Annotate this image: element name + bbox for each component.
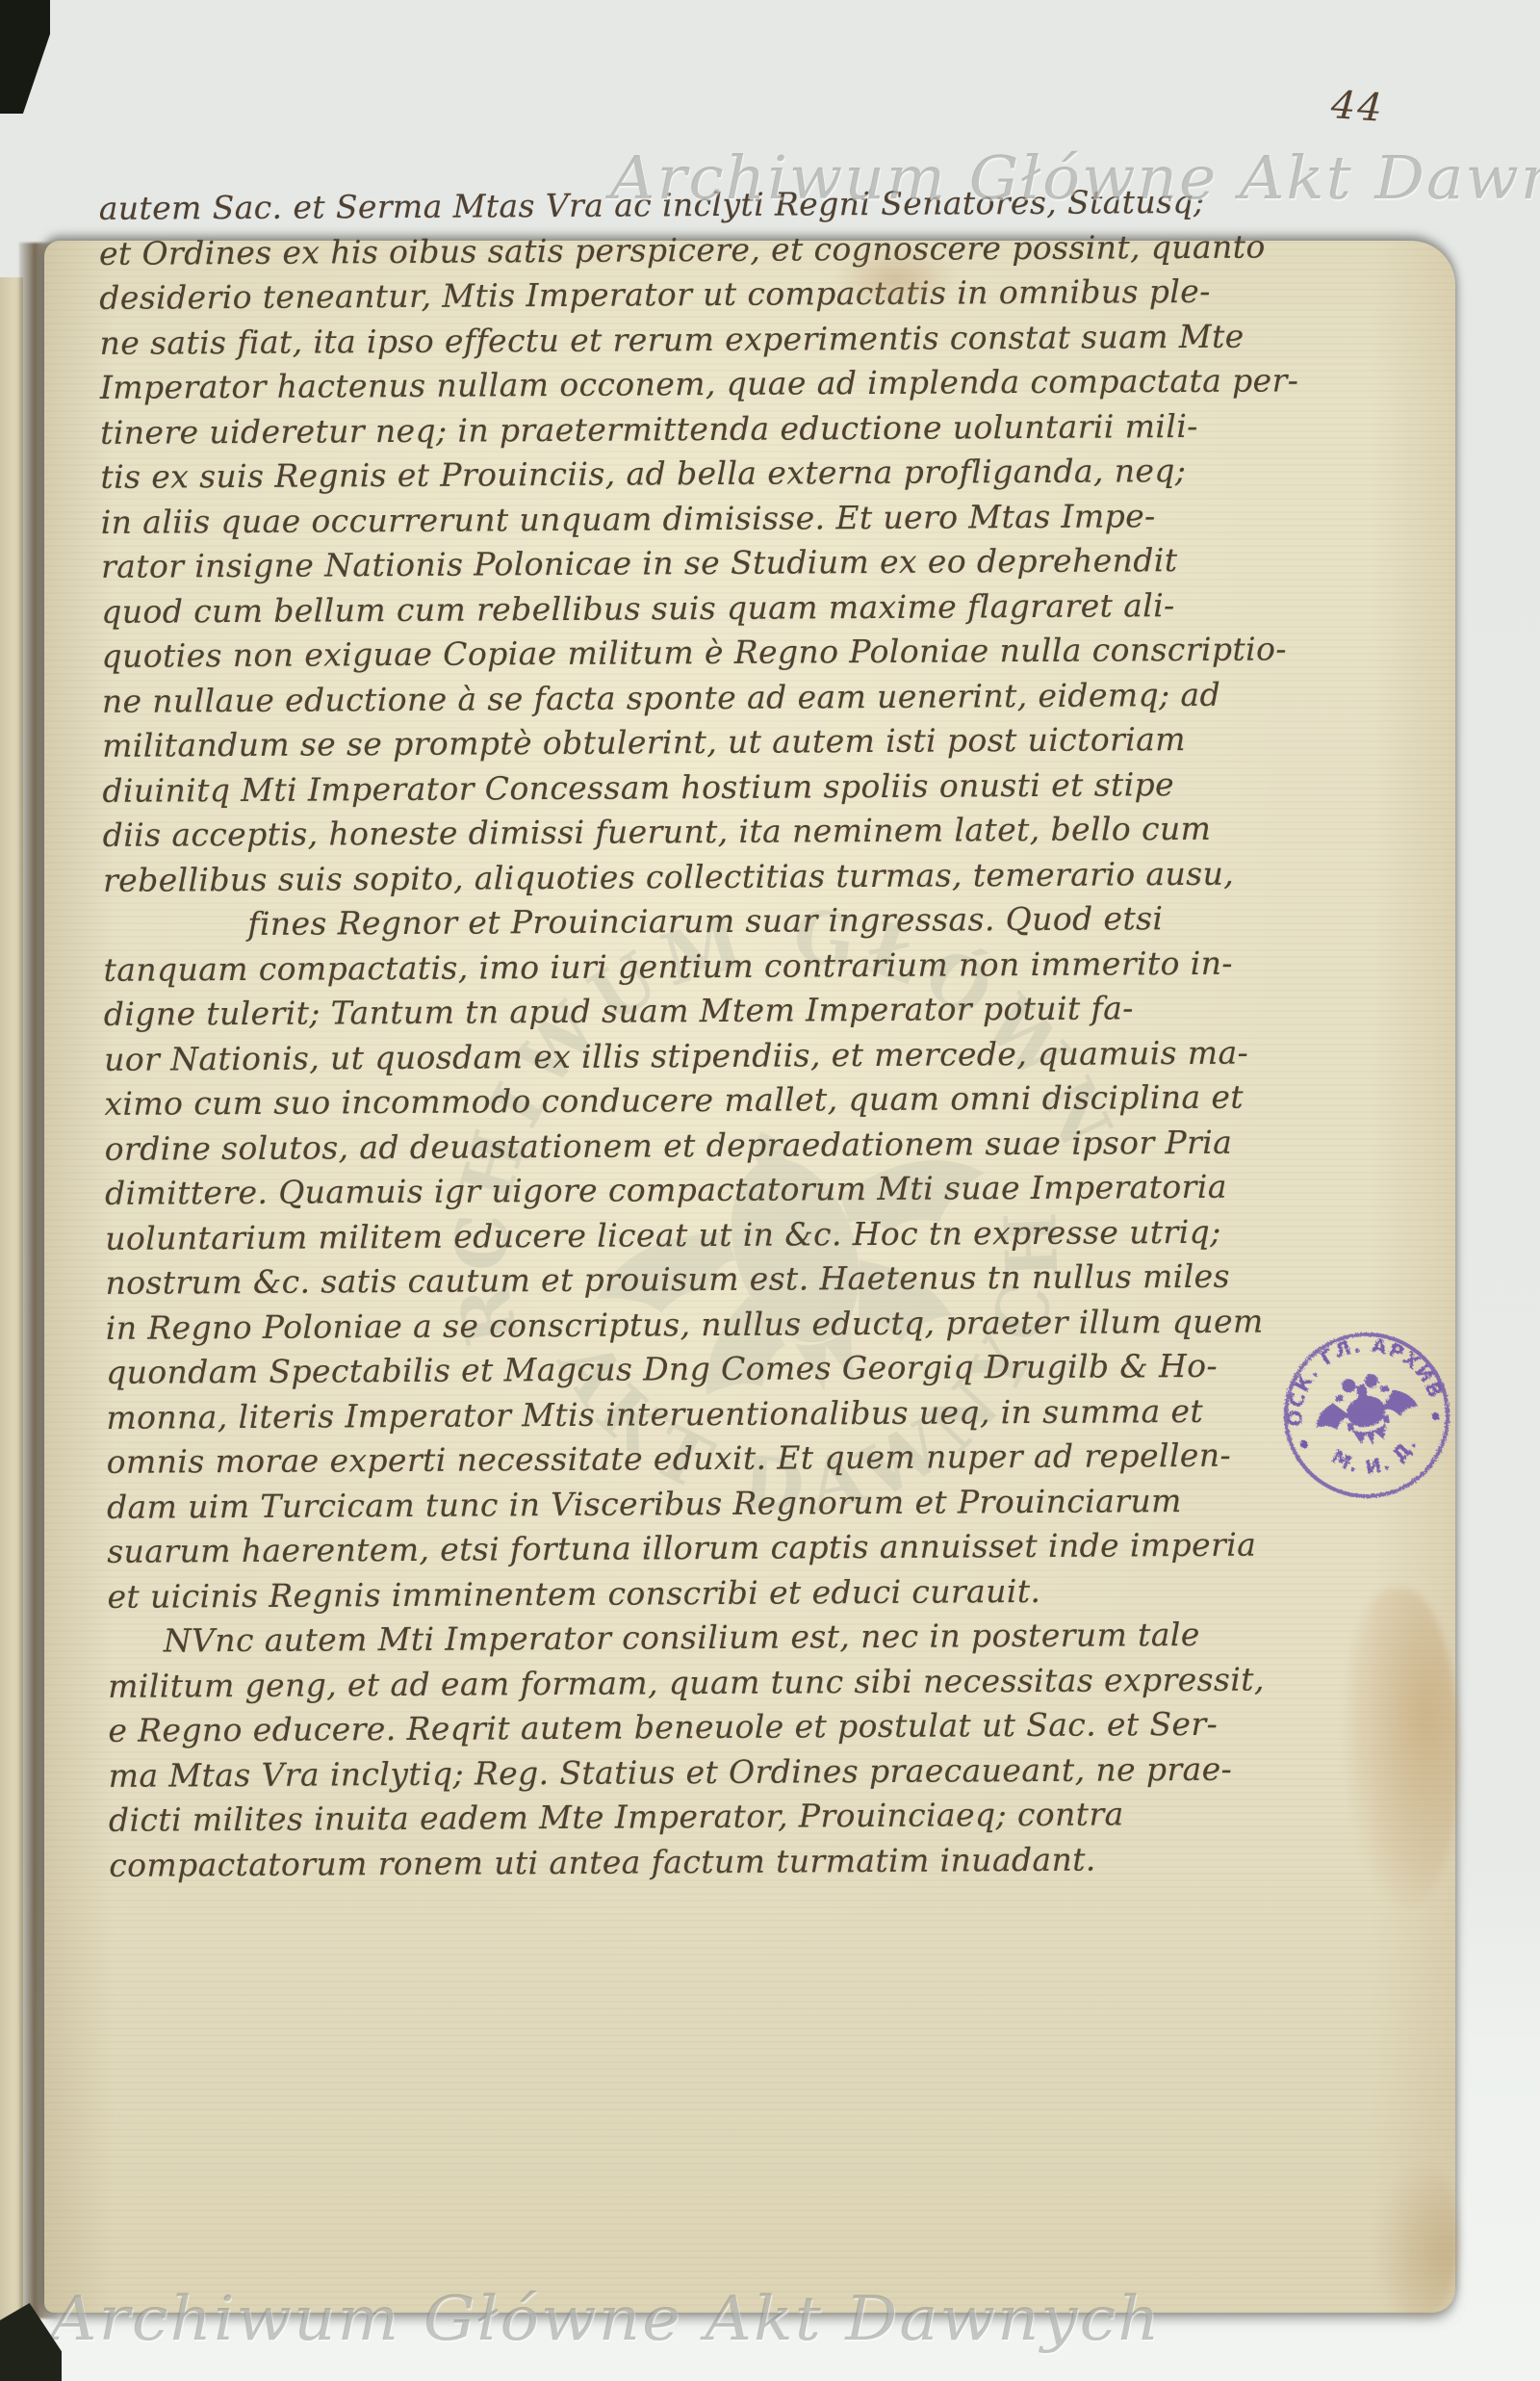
manuscript-line: Imperator hactenus nullam occonem, quae … <box>100 358 1322 410</box>
manuscript-line: militum geng, et ad eam formam, quam tun… <box>108 1657 1330 1709</box>
manuscript-line: e Regno educere. Reqrit autem beneuole e… <box>108 1701 1330 1753</box>
archive-watermark-top: Archiwum Główne Akt Dawnych <box>610 142 1540 213</box>
manuscript-line: uoluntarium militem educere liceat ut in… <box>105 1209 1327 1261</box>
archive-watermark-bottom: Archiwum Główne Akt Dawnych <box>50 2284 1162 2355</box>
manuscript-text-block: autem Sac. et Serma Mtas Vra ac inclyti … <box>99 179 1332 1888</box>
manuscript-line: quod cum bellum cum rebellibus suis quam… <box>101 582 1323 634</box>
manuscript-line: quoties non exiguae Copiae militum è Reg… <box>101 627 1323 679</box>
manuscript-line: ma Mtas Vra inclytiq; Reg. Statius et Or… <box>109 1747 1331 1799</box>
manuscript-line: in aliis quae occurrerunt unquam dimisis… <box>101 493 1323 545</box>
manuscript-line: monna, literis Imperator Mtis interuenti… <box>106 1388 1328 1440</box>
book-cover-corner <box>0 0 50 114</box>
manuscript-line: suarum haerentem, etsi fortuna illorum c… <box>107 1522 1329 1574</box>
manuscript-line: nostrum &c. satis cautum et prouisum est… <box>105 1254 1327 1306</box>
manuscript-line: quondam Spectabilis et Magcus Dng Comes … <box>106 1343 1328 1395</box>
manuscript-line: dam uim Turcicam tunc in Visceribus Regn… <box>107 1478 1329 1530</box>
manuscript-line: NVnc autem Mti Imperator consilium est, … <box>108 1612 1330 1664</box>
purple-stamp-bottom-text: М. И. Д. <box>1324 1428 1427 1488</box>
folio-number: 44 <box>1329 83 1385 131</box>
manuscript-line: compactatorum ronem uti antea factum tur… <box>109 1836 1331 1888</box>
manuscript-line: digne tulerit; Tantum tn apud suam Mtem … <box>104 985 1326 1037</box>
manuscript-scan: ARCHIWUM GŁÓWNE AKT DAWNYCH autem Sac. e… <box>0 0 1540 2381</box>
purple-archive-stamp: МОСК. ГЛ. АРХИВЪ М. И. Д. <box>1278 1327 1455 1504</box>
manuscript-line: dimittere. Quamuis igr uigore compactato… <box>105 1164 1327 1216</box>
manuscript-line: omnis morae experti necessitate eduxit. … <box>107 1433 1329 1485</box>
manuscript-line: rebellibus suis sopito, aliquoties colle… <box>103 851 1325 903</box>
manuscript-line: diis acceptis, honeste dimissi fuerunt, … <box>103 806 1325 858</box>
manuscript-line: tis ex suis Regnis et Prouinciis, ad bel… <box>100 448 1322 500</box>
manuscript-line: in Regno Poloniae a se conscriptus, null… <box>106 1299 1328 1351</box>
manuscript-line: ordine solutos, ad deuastationem et depr… <box>105 1120 1327 1172</box>
svg-text:М. И. Д.: М. И. Д. <box>1324 1428 1427 1488</box>
manuscript-line: militandum se se promptè obtulerint, ut … <box>102 716 1324 768</box>
manuscript-line: diuinitq Mti Imperator Concessam hostium… <box>102 762 1324 814</box>
manuscript-line: rator insigne Nationis Polonicae in se S… <box>101 537 1323 589</box>
manuscript-line: tinere uideretur neq; in praetermittenda… <box>100 403 1322 455</box>
manuscript-line: uor Nationis, ut quosdam ex illis stipen… <box>104 1030 1326 1082</box>
manuscript-line: et Ordines ex his oibus satis perspicere… <box>99 224 1322 276</box>
manuscript-line: fines Regnor et Prouinciarum suar ingres… <box>103 895 1325 947</box>
manuscript-line: ne satis fiat, ita ipso effectu et rerum… <box>99 314 1322 366</box>
manuscript-line: ximo cum suo incommodo conducere mallet,… <box>104 1074 1326 1126</box>
manuscript-line: dicti milites inuita eadem Mte Imperator… <box>109 1791 1331 1843</box>
manuscript-line: desiderio teneantur, Mtis Imperator ut c… <box>99 269 1322 321</box>
manuscript-line: tanquam compactatis, imo iuri gentium co… <box>103 941 1325 993</box>
manuscript-line: ne nullaue eductione à se facta sponte a… <box>102 672 1324 724</box>
manuscript-line: et uicinis Regnis imminentem conscribi e… <box>107 1567 1329 1619</box>
